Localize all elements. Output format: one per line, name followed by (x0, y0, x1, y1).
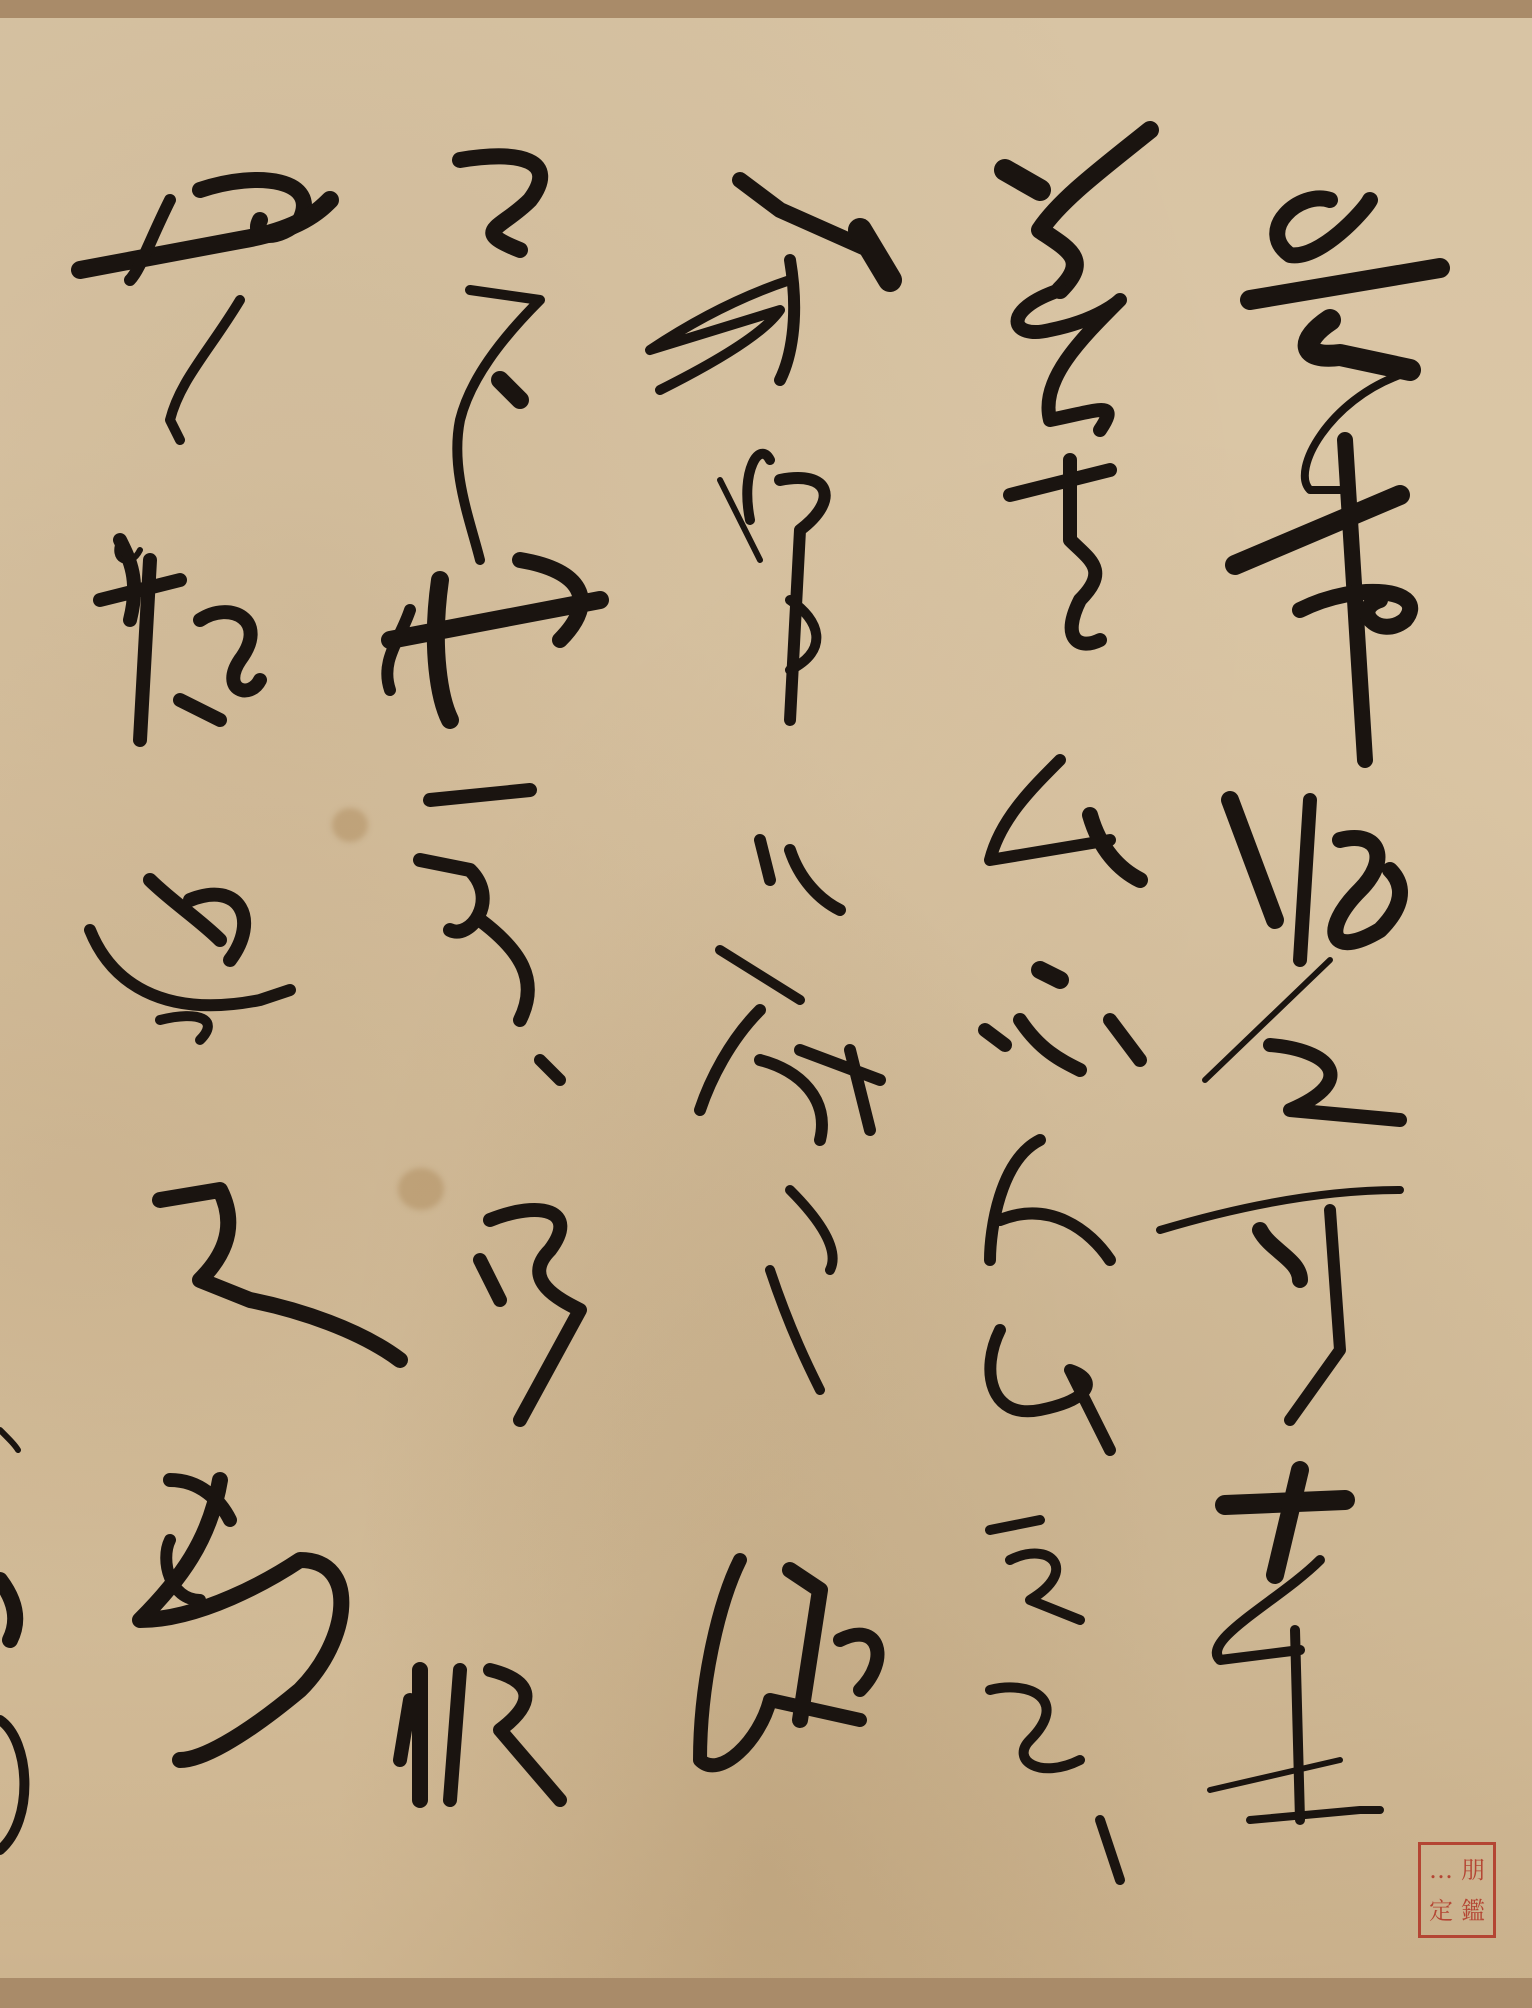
column-6-strokes (0, 1430, 24, 1850)
column-1-strokes (1160, 198, 1440, 1820)
seal-char: 鑑 (1457, 1890, 1489, 1931)
scroll-frame: 吾常好奇古来 篆籀…示知… … … … … … 朋 定 鑑 (0, 0, 1532, 2008)
collector-seal: … 朋 定 鑑 (1418, 1842, 1496, 1938)
column-4-strokes (387, 156, 600, 1800)
seal-char: 定 (1425, 1890, 1457, 1931)
seal-char: … (1425, 1849, 1457, 1890)
column-2-strokes (985, 130, 1150, 1880)
paper-surface: 吾常好奇古来 篆籀…示知… … … … … (0, 18, 1532, 1978)
mount-border-top (0, 0, 1532, 18)
column-3-strokes (650, 180, 890, 1765)
column-5-strokes (80, 180, 400, 1760)
calligraphy-strokes (0, 18, 1532, 1978)
mount-border-bottom (0, 1978, 1532, 2008)
seal-char: 朋 (1457, 1849, 1489, 1890)
